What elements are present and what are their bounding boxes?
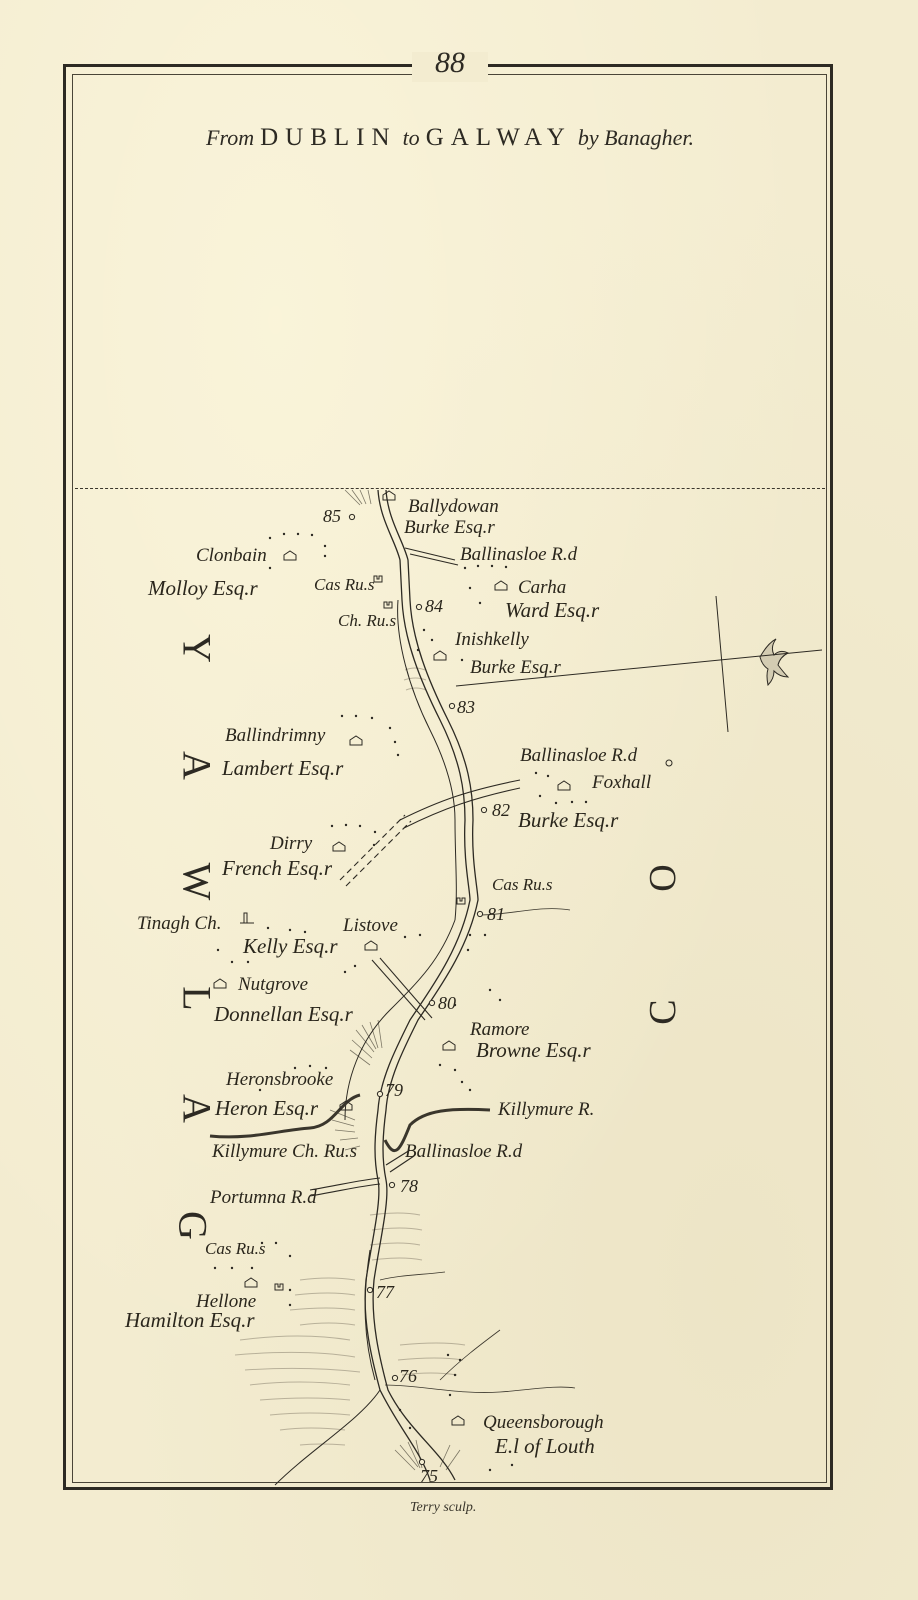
owner-heronsbrooke: Heron Esq.r bbox=[215, 1098, 318, 1119]
place-nutgrove: Nutgrove bbox=[238, 975, 308, 994]
hill-hachures bbox=[330, 490, 460, 1470]
engraver-credit: Terry sculp. bbox=[410, 1500, 476, 1516]
road-ballinasloe-1: Ballinasloe R.d bbox=[460, 545, 577, 564]
milepost-82: 82 bbox=[492, 800, 510, 821]
county-letter-c: C bbox=[641, 987, 685, 1037]
place-ch-ru: Ch. Ru.s bbox=[338, 612, 396, 629]
owner-foxhall: Burke Esq.r bbox=[518, 810, 618, 831]
place-foxhall: Foxhall bbox=[592, 773, 651, 792]
county-letter-w: W bbox=[174, 857, 221, 907]
owner-ballydowan: Burke Esq.r bbox=[404, 518, 495, 537]
milepost-76: 76 bbox=[399, 1366, 417, 1387]
place-heronsbrooke: Heronsbrooke bbox=[226, 1070, 333, 1089]
milepost-85: 85 bbox=[323, 506, 341, 527]
milepost-83: 83 bbox=[457, 697, 475, 718]
place-killymure-church: Killymure Ch. Ru.s bbox=[212, 1142, 357, 1161]
place-cas-ru-2: Cas Ru.s bbox=[492, 876, 552, 893]
milepost-77: 77 bbox=[376, 1282, 394, 1303]
owner-ramore: Browne Esq.r bbox=[476, 1040, 591, 1061]
owner-inishkelly: Burke Esq.r bbox=[470, 658, 561, 677]
place-carha: Carha bbox=[518, 578, 566, 597]
milepost-84: 84 bbox=[425, 596, 443, 617]
place-ramore: Ramore bbox=[470, 1020, 529, 1039]
route-map-drawing bbox=[0, 0, 918, 1600]
owner-dirry: French Esq.r bbox=[222, 858, 332, 879]
river-killymure-label: Killymure R. bbox=[498, 1100, 594, 1119]
county-letter-a: A bbox=[174, 741, 221, 791]
county-letter-y: Y bbox=[174, 624, 221, 674]
road-ballinasloe-2: Ballinasloe R.d bbox=[520, 746, 637, 765]
place-ballindrimny: Ballindrimny bbox=[225, 726, 325, 745]
milepost-80: 80 bbox=[438, 993, 456, 1014]
place-cas-ru-1: Cas Ru.s bbox=[314, 576, 374, 593]
owner-carha: Ward Esq.r bbox=[505, 600, 599, 621]
bog-shading bbox=[235, 668, 465, 1445]
owner-clonbain: Molloy Esq.r bbox=[148, 578, 258, 599]
place-inishkelly: Inishkelly bbox=[455, 630, 529, 649]
owner-nutgrove: Donnellan Esq.r bbox=[214, 1004, 353, 1025]
milepost-75: 75 bbox=[420, 1466, 438, 1487]
milepost-78: 78 bbox=[400, 1176, 418, 1197]
owner-hellone: Hamilton Esq.r bbox=[125, 1310, 255, 1331]
place-queensborough: Queensborough bbox=[483, 1413, 604, 1432]
milepost-79: 79 bbox=[385, 1080, 403, 1101]
owner-queensborough: E.l of Louth bbox=[495, 1436, 595, 1457]
county-letter-a2: A bbox=[174, 1084, 221, 1134]
place-cas-ru-3: Cas Ru.s bbox=[205, 1240, 265, 1257]
place-ballydowan: Ballydowan bbox=[408, 497, 499, 516]
owner-ballindrimny: Lambert Esq.r bbox=[222, 758, 343, 779]
road-portumna: Portumna R.d bbox=[210, 1188, 317, 1207]
county-letter-o: O bbox=[641, 853, 685, 903]
place-tinagh-church: Tinagh Ch. bbox=[137, 914, 221, 933]
place-clonbain: Clonbain bbox=[196, 546, 267, 565]
place-listove: Listove bbox=[343, 916, 398, 935]
place-dirry: Dirry bbox=[270, 834, 312, 853]
milepost-81: 81 bbox=[487, 904, 505, 925]
road-ballinasloe-3: Ballinasloe R.d bbox=[405, 1142, 522, 1161]
owner-listove: Kelly Esq.r bbox=[243, 936, 338, 957]
